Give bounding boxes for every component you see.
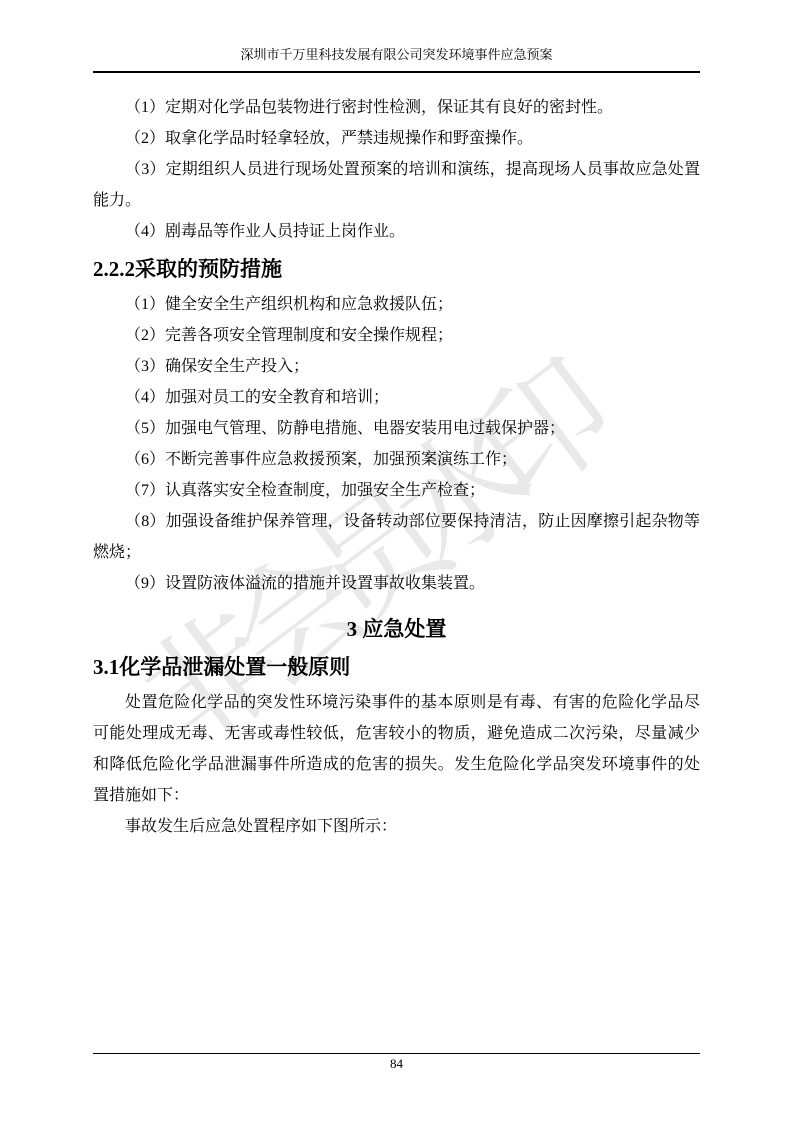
paragraph: 事故发生后应急处置程序如下图所示： (93, 811, 700, 842)
chapter-heading-3: 3 应急处置 (93, 613, 700, 645)
page-header: 深圳市千万里科技发展有限公司突发环境事件应急预案 (93, 46, 700, 73)
list-item: （7）认真落实安全检查制度，加强安全生产检查； (93, 475, 700, 506)
list-item: （3）确保安全生产投入； (93, 351, 700, 382)
list-item: （5）加强电气管理、防静电措施、电器安装用电过载保护器； (93, 413, 700, 444)
list-item: （9）设置防液体溢流的措施并设置事故收集装置。 (93, 568, 700, 599)
section-heading-3-1: 3.1化学品泄漏处置一般原则 (93, 652, 700, 682)
paragraph: 处置危险化学品的突发性环境污染事件的基本原则是有毒、有害的危险化学品尽可能处理成… (93, 687, 700, 811)
list-item: （4）剧毒品等作业人员持证上岗作业。 (93, 216, 700, 247)
list-item: （3）定期组织人员进行现场处置预案的培训和演练，提高现场人员事故应急处置能力。 (93, 154, 700, 216)
header-title: 深圳市千万里科技发展有限公司突发环境事件应急预案 (240, 47, 552, 62)
list-item: （8）加强设备维护保养管理，设备转动部位要保持清洁，防止因摩擦引起杂物等燃烧； (93, 506, 700, 568)
list-item: （1）健全安全生产组织机构和应急救援队伍； (93, 289, 700, 320)
list-item: （2）取拿化学品时轻拿轻放，严禁违规操作和野蛮操作。 (93, 123, 700, 154)
list-item: （1）定期对化学品包装物进行密封性检测，保证其有良好的密封性。 (93, 92, 700, 123)
document-page: 非会员水印 深圳市千万里科技发展有限公司突发环境事件应急预案 （1）定期对化学品… (0, 0, 793, 1122)
list-item: （6）不断完善事件应急救援预案，加强预案演练工作； (93, 444, 700, 475)
section-heading-2-2-2: 2.2.2采取的预防措施 (93, 254, 700, 284)
page-footer: 84 (93, 1053, 700, 1074)
list-item: （4）加强对员工的安全教育和培训； (93, 382, 700, 413)
document-body: （1）定期对化学品包装物进行密封性检测，保证其有良好的密封性。 （2）取拿化学品… (93, 92, 700, 842)
list-item: （2）完善各项安全管理制度和安全操作规程； (93, 320, 700, 351)
page-number: 84 (390, 1056, 403, 1071)
